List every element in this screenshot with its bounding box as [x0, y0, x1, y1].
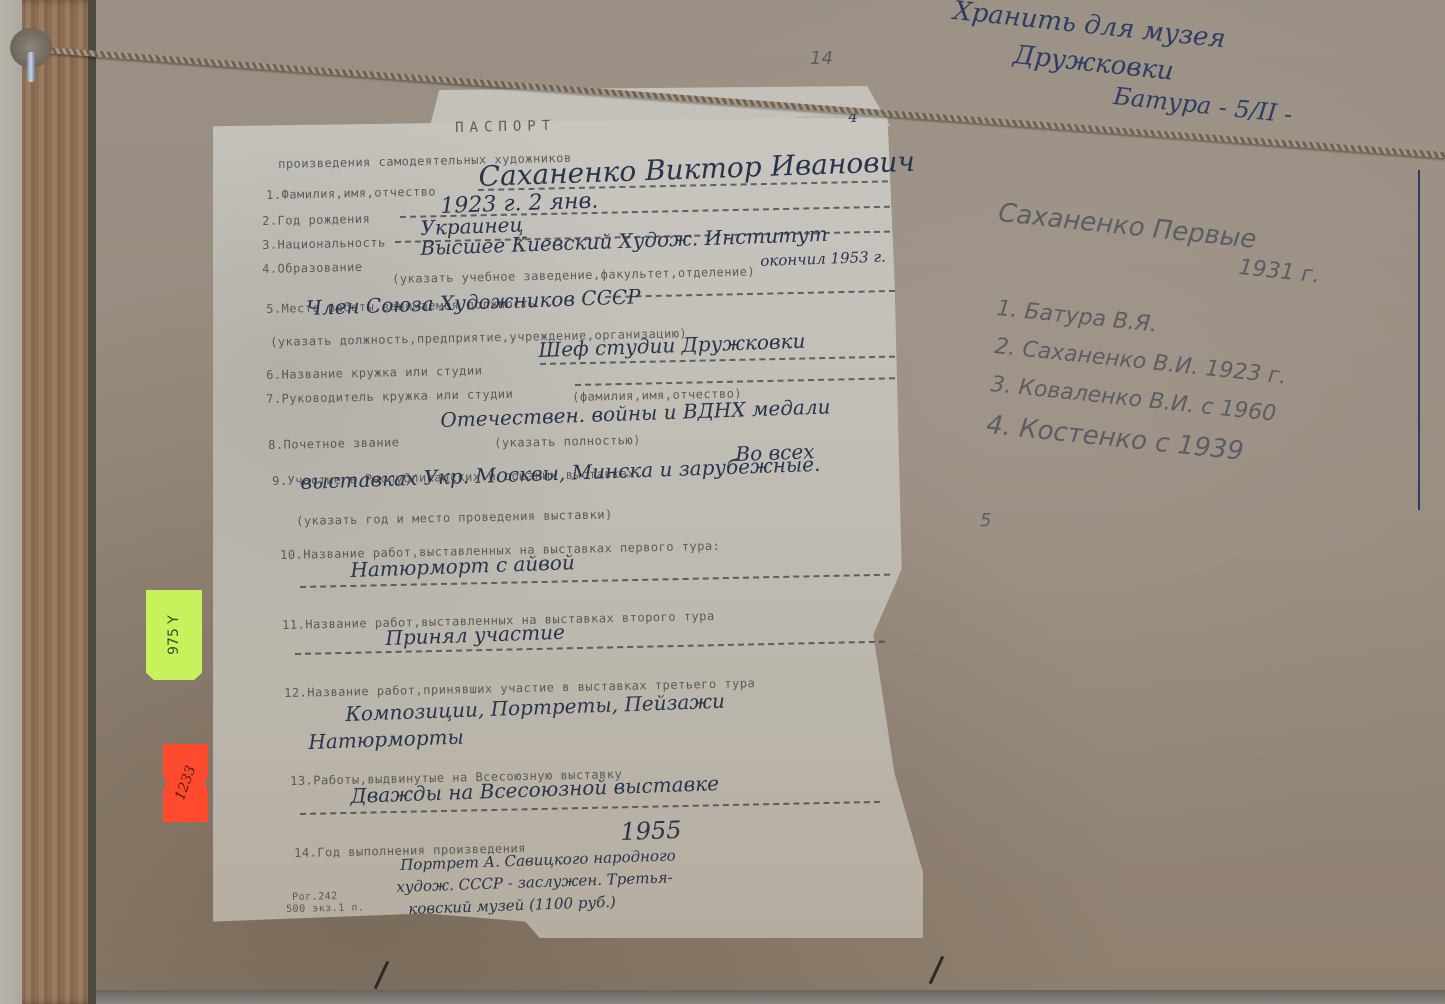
price-tag-red-text: 1233	[172, 764, 199, 803]
price-tag-green: 975 Y	[146, 590, 202, 680]
board-margin-line	[1418, 170, 1420, 510]
field-value-14: 1955	[620, 816, 682, 846]
top-mark: 14	[810, 48, 833, 69]
frame-bottom-edge	[96, 990, 1445, 1004]
margin-number: 5	[980, 510, 991, 531]
form-title: ПАСПОРТ	[455, 118, 556, 136]
price-tag-green-text: 975 Y	[166, 615, 182, 655]
field-label-8: 8.Почетное звание	[268, 435, 400, 452]
field-label-3: 3.Национальность	[262, 235, 386, 252]
frame-gap	[88, 0, 96, 1004]
field-label-4: 4.Образование	[262, 260, 363, 276]
field-label-2: 2.Год рождения	[262, 212, 370, 228]
print-info-2: 500 экз.1 л.	[286, 902, 364, 915]
screw-eye	[27, 52, 35, 82]
price-tag-red: 1233	[163, 744, 208, 822]
print-info-1: Рог.242	[292, 891, 338, 903]
